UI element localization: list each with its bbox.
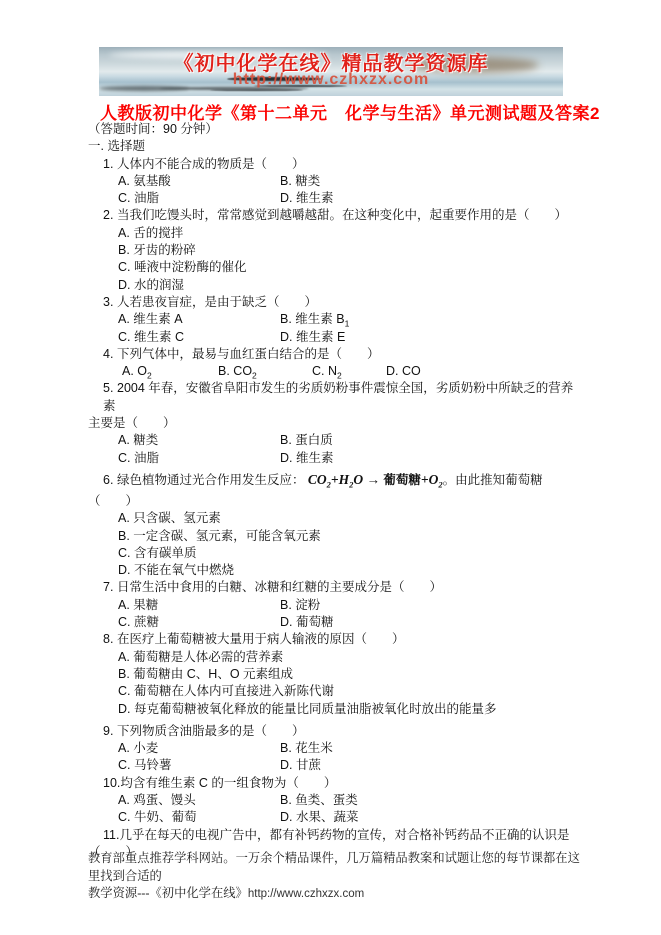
question-6-option-B: B. 一定含碳、氢元素，可能含氧元素 xyxy=(118,528,578,545)
question-2: 2. 当我们吃馒头时，常常感觉到越嚼越甜。在这种变化中，起重要作用的是（ ）A.… xyxy=(88,207,578,293)
question-stem-text: 绿色植物通过光合作用发生反应： CO2+H2O → 葡萄糖+O2。由此推知葡萄糖 xyxy=(117,473,543,487)
question-8-option-C: C. 葡萄糖在人体内可直接进入新陈代谢 xyxy=(118,683,578,700)
question-2-option-C: C. 唾液中淀粉酶的催化 xyxy=(118,259,578,276)
formula-part: +O2 xyxy=(421,472,443,487)
formula-part: 。由此推知葡萄糖 xyxy=(443,473,543,487)
option-text: N2 xyxy=(328,364,342,378)
option-label: C. xyxy=(118,451,134,465)
formula-part: → xyxy=(363,472,383,487)
question-7-options: A. 果糖B. 淀粉C. 蔗糖D. 葡萄糖 xyxy=(88,597,578,632)
option-label: C. xyxy=(118,810,134,824)
question-5-stem: 5. 2004 年春，安徽省阜阳市发生的劣质奶粉事件震惊全国，劣质奶粉中所缺乏的… xyxy=(88,380,578,415)
option-text: 鸡蛋、馒头 xyxy=(133,793,196,807)
option-label: B. xyxy=(280,312,295,326)
question-8-option-A: A. 葡萄糖是人体必需的营养素 xyxy=(118,649,578,666)
footer-site-url[interactable]: http://www.czhxzx.com xyxy=(248,888,364,900)
option-label: A. xyxy=(118,174,133,188)
option-label: A. xyxy=(118,598,133,612)
option-text: 葡萄糖在人体内可直接进入新陈代谢 xyxy=(134,684,334,698)
question-6: 6. 绿色植物通过光合作用发生反应： CO2+H2O → 葡萄糖+O2。由此推知… xyxy=(88,467,578,579)
questions-list: 1. 人体内不能合成的物质是（ ）A. 氨基酸B. 糖类C. 油脂D. 维生素2… xyxy=(88,156,578,862)
option-label: C. xyxy=(118,758,134,772)
option-label: C. xyxy=(312,364,328,378)
question-stem-text: 人体内不能合成的物质是（ ） xyxy=(117,157,305,171)
question-number: 10. xyxy=(103,775,120,792)
question-7: 7. 日常生活中食用的白糖、冰糖和红糖的主要成分是（ ）A. 果糖B. 淀粉C.… xyxy=(88,579,578,631)
question-2-option-B: B. 牙齿的粉碎 xyxy=(118,242,578,259)
question-10-option-C: C. 牛奶、葡萄 xyxy=(118,809,280,826)
option-text: 糖类 xyxy=(133,433,158,447)
question-5-option-A: A. 糖类 xyxy=(118,432,280,449)
question-5-option-D: D. 维生素 xyxy=(280,450,578,467)
option-label: C. xyxy=(118,615,134,629)
question-7-stem: 7. 日常生活中食用的白糖、冰糖和红糖的主要成分是（ ） xyxy=(88,579,578,596)
question-number: 6. xyxy=(103,468,117,493)
question-1-option-A: A. 氨基酸 xyxy=(118,173,280,190)
question-10-stem: 10. 均含有维生素 C 的一组食物为（ ） xyxy=(88,775,578,792)
question-8-stem: 8. 在医疗上葡萄糖被大量用于病人输液的原因（ ） xyxy=(88,631,578,648)
question-10: 10. 均含有维生素 C 的一组食物为（ ）A. 鸡蛋、馒头B. 鱼类、蛋类C.… xyxy=(88,775,578,827)
option-text: 水的润湿 xyxy=(134,278,184,292)
option-text: 唾液中淀粉酶的催化 xyxy=(134,260,247,274)
option-text: CO xyxy=(402,364,421,378)
option-label: D. xyxy=(280,191,296,205)
option-text: 淀粉 xyxy=(295,598,320,612)
question-1-option-C: C. 油脂 xyxy=(118,190,280,207)
question-8: 8. 在医疗上葡萄糖被大量用于病人输液的原因（ ）A. 葡萄糖是人体必需的营养素… xyxy=(88,631,578,717)
option-text: O2 xyxy=(137,364,151,378)
question-stem-text: 在医疗上葡萄糖被大量用于病人输液的原因（ ） xyxy=(117,632,405,646)
question-8-option-B: B. 葡萄糖由 C、H、O 元素组成 xyxy=(118,666,578,683)
time-note: （答题时间：90 分钟） xyxy=(88,121,578,138)
question-1-option-B: B. 糖类 xyxy=(280,173,578,190)
banner-site-url[interactable]: http://www.czhxzx.com xyxy=(99,71,563,89)
question-number: 11. xyxy=(103,827,119,844)
question-9-option-B: B. 花生米 xyxy=(280,740,578,757)
option-text: 小麦 xyxy=(133,741,158,755)
option-text: 蛋白质 xyxy=(295,433,333,447)
option-label: A. xyxy=(118,511,133,525)
question-number: 3. xyxy=(103,294,117,311)
option-text: 油脂 xyxy=(134,451,159,465)
question-number: 5. xyxy=(103,380,117,397)
question-3-stem: 3. 人若患夜盲症，是由于缺乏（ ） xyxy=(88,294,578,311)
option-label: D. xyxy=(280,810,296,824)
option-text: 果糖 xyxy=(133,598,158,612)
option-text: 维生素 xyxy=(296,451,334,465)
question-5-option-B: B. 蛋白质 xyxy=(280,432,578,449)
question-number: 7. xyxy=(103,579,117,596)
question-stem-text: 2004 年春，安徽省阜阳市发生的劣质奶粉事件震惊全国，劣质奶粉中所缺乏的营养素 xyxy=(103,381,573,412)
subscript: 2 xyxy=(327,480,331,490)
question-6-stem: 6. 绿色植物通过光合作用发生反应： CO2+H2O → 葡萄糖+O2。由此推知… xyxy=(88,467,578,493)
option-text: 鱼类、蛋类 xyxy=(295,793,358,807)
question-4-option-A: A. O2 xyxy=(122,363,218,380)
option-text: 葡萄糖是人体必需的营养素 xyxy=(133,650,283,664)
question-9-stem: 9. 下列物质含油脂最多的是（ ） xyxy=(88,723,578,740)
question-9: 9. 下列物质含油脂最多的是（ ）A. 小麦B. 花生米C. 马铃薯D. 甘蔗 xyxy=(88,723,578,775)
option-label: B. xyxy=(280,433,295,447)
option-label: D. xyxy=(280,615,296,629)
option-text: 牛奶、葡萄 xyxy=(134,810,197,824)
question-number: 8. xyxy=(103,631,117,648)
site-banner-image: 《初中化学在线》精品教学资源库 http://www.czhxzx.com xyxy=(99,47,563,96)
question-5-stem-continued: 主要是（ ） xyxy=(88,415,578,432)
question-9-options: A. 小麦B. 花生米C. 马铃薯D. 甘蔗 xyxy=(88,740,578,775)
question-stem-text: 下列气体中，最易与血红蛋白结合的是（ ） xyxy=(117,347,380,361)
option-label: A. xyxy=(118,433,133,447)
question-1-options: A. 氨基酸B. 糖类C. 油脂D. 维生素 xyxy=(88,173,578,208)
question-4: 4. 下列气体中，最易与血红蛋白结合的是（ ）A. O2B. CO2C. N2D… xyxy=(88,346,578,381)
question-1-option-D: D. 维生素 xyxy=(280,190,578,207)
question-stem-text: 人若患夜盲症，是由于缺乏（ ） xyxy=(117,295,317,309)
option-label: D. xyxy=(118,563,134,577)
option-text: 维生素 C xyxy=(134,330,184,344)
question-1: 1. 人体内不能合成的物质是（ ）A. 氨基酸B. 糖类C. 油脂D. 维生素 xyxy=(88,156,578,208)
option-label: B. xyxy=(118,243,133,257)
question-10-option-A: A. 鸡蛋、馒头 xyxy=(118,792,280,809)
option-text: 马铃薯 xyxy=(134,758,172,772)
option-text: 氨基酸 xyxy=(133,174,171,188)
option-text: CO2 xyxy=(233,364,256,378)
question-8-option-D: D. 每克葡萄糖被氧化释放的能量比同质量油脂被氧化时放出的能量多 xyxy=(118,701,578,718)
question-3-options: A. 维生素 AB. 维生素 B1C. 维生素 CD. 维生素 E xyxy=(88,311,578,346)
question-2-option-D: D. 水的润湿 xyxy=(118,277,578,294)
option-label: B. xyxy=(280,598,295,612)
test-document-page: 《初中化学在线》精品教学资源库 http://www.czhxzx.com 人教… xyxy=(0,0,661,935)
option-text: 维生素 E xyxy=(296,330,345,344)
question-3: 3. 人若患夜盲症，是由于缺乏（ ）A. 维生素 AB. 维生素 B1C. 维生… xyxy=(88,294,578,346)
question-9-option-D: D. 甘蔗 xyxy=(280,757,578,774)
question-5-options: A. 糖类B. 蛋白质C. 油脂D. 维生素 xyxy=(88,432,578,467)
option-text: 一定含碳、氢元素，可能含氧元素 xyxy=(133,529,321,543)
option-text: 维生素 xyxy=(296,191,334,205)
formula-part: 葡萄糖 xyxy=(383,473,421,487)
option-text: 蔗糖 xyxy=(134,615,159,629)
question-4-option-C: C. N2 xyxy=(312,363,386,380)
option-label: D. xyxy=(280,758,296,772)
question-5-option-C: C. 油脂 xyxy=(118,450,280,467)
footer-line2-text: 教学资源---《初中化学在线》 xyxy=(88,886,248,900)
question-5: 5. 2004 年春，安徽省阜阳市发生的劣质奶粉事件震惊全国，劣质奶粉中所缺乏的… xyxy=(88,380,578,466)
option-label: A. xyxy=(118,650,133,664)
question-6-options: A. 只含碳、氢元素B. 一定含碳、氢元素，可能含氧元素C. 含有碳单质D. 不… xyxy=(88,510,578,579)
option-label: C. xyxy=(118,191,134,205)
question-10-options: A. 鸡蛋、馒头B. 鱼类、蛋类C. 牛奶、葡萄D. 水果、蔬菜 xyxy=(88,792,578,827)
question-stem-text: 日常生活中食用的白糖、冰糖和红糖的主要成分是（ ） xyxy=(117,580,442,594)
question-6-stem-continued: （ ） xyxy=(88,493,578,510)
question-6-option-D: D. 不能在氧气中燃烧 xyxy=(118,562,578,579)
question-stem-text: 均含有维生素 C 的一组食物为（ ） xyxy=(120,776,336,790)
question-3-option-D: D. 维生素 E xyxy=(280,329,578,346)
question-6-option-A: A. 只含碳、氢元素 xyxy=(118,510,578,527)
option-label: D. xyxy=(280,451,296,465)
subscript: 2 xyxy=(147,371,152,381)
option-text: 葡萄糖由 C、H、O 元素组成 xyxy=(133,667,293,681)
option-text: 维生素 B1 xyxy=(295,312,349,326)
footer-line1: 教育部重点推荐学科网站。一万余个精品课件，几万篇精品教案和试题让您的每节课都在这… xyxy=(88,850,580,885)
question-3-option-C: C. 维生素 C xyxy=(118,329,280,346)
section-heading-choice: 一. 选择题 xyxy=(88,138,578,155)
option-text: 舌的搅拌 xyxy=(133,226,183,240)
question-9-option-C: C. 马铃薯 xyxy=(118,757,280,774)
question-9-option-A: A. 小麦 xyxy=(118,740,280,757)
question-3-option-B: B. 维生素 B1 xyxy=(280,311,578,328)
option-label: B. xyxy=(218,364,233,378)
option-text: 含有碳单质 xyxy=(134,546,197,560)
question-4-stem: 4. 下列气体中，最易与血红蛋白结合的是（ ） xyxy=(88,346,578,363)
question-3-option-A: A. 维生素 A xyxy=(118,311,280,328)
option-label: C. xyxy=(118,260,134,274)
footer-line2: 教学资源---《初中化学在线》http://www.czhxzx.com xyxy=(88,885,580,904)
question-7-option-B: B. 淀粉 xyxy=(280,597,578,614)
option-label: B. xyxy=(280,741,295,755)
option-label: A. xyxy=(122,364,137,378)
option-text: 甘蔗 xyxy=(296,758,321,772)
question-1-stem: 1. 人体内不能合成的物质是（ ） xyxy=(88,156,578,173)
option-label: D. xyxy=(118,702,134,716)
option-label: B. xyxy=(280,793,295,807)
option-text: 水果、蔬菜 xyxy=(296,810,359,824)
option-text: 不能在氧气中燃烧 xyxy=(134,563,234,577)
option-label: A. xyxy=(118,793,133,807)
page-footer: 教育部重点推荐学科网站。一万余个精品课件，几万篇精品教案和试题让您的每节课都在这… xyxy=(88,850,580,904)
question-4-option-D: D. CO xyxy=(386,363,578,380)
option-text: 只含碳、氢元素 xyxy=(133,511,221,525)
option-label: C. xyxy=(118,330,134,344)
question-4-options: A. O2B. CO2C. N2D. CO xyxy=(88,363,578,380)
formula-part: CO2+H2O xyxy=(305,472,364,487)
question-number: 4. xyxy=(103,346,117,363)
question-7-option-C: C. 蔗糖 xyxy=(118,614,280,631)
option-label: A. xyxy=(118,226,133,240)
subscript: 1 xyxy=(345,319,350,329)
option-text: 油脂 xyxy=(134,191,159,205)
option-text: 维生素 A xyxy=(133,312,182,326)
option-text: 糖类 xyxy=(295,174,320,188)
option-text: 牙齿的粉碎 xyxy=(133,243,196,257)
question-2-option-A: A. 舌的搅拌 xyxy=(118,225,578,242)
document-body: （答题时间：90 分钟） 一. 选择题 1. 人体内不能合成的物质是（ ）A. … xyxy=(88,121,578,861)
question-8-options: A. 葡萄糖是人体必需的营养素B. 葡萄糖由 C、H、O 元素组成C. 葡萄糖在… xyxy=(88,649,578,718)
question-7-option-D: D. 葡萄糖 xyxy=(280,614,578,631)
question-4-option-B: B. CO2 xyxy=(218,363,312,380)
option-text: 葡萄糖 xyxy=(296,615,334,629)
question-stem-text: 下列物质含油脂最多的是（ ） xyxy=(117,724,305,738)
question-number: 2. xyxy=(103,207,117,224)
question-11-stem: 11. 几乎在每天的电视广告中，都有补钙药物的宣传，对合格补钙药品不正确的认识是 xyxy=(88,827,578,844)
option-label: D. xyxy=(386,364,402,378)
option-label: D. xyxy=(118,278,134,292)
option-label: B. xyxy=(118,667,133,681)
formula-part: 绿色植物通过光合作用发生反应： xyxy=(117,473,305,487)
option-label: B. xyxy=(280,174,295,188)
question-number: 9. xyxy=(103,723,117,740)
option-label: A. xyxy=(118,741,133,755)
option-label: B. xyxy=(118,529,133,543)
option-label: D. xyxy=(280,330,296,344)
question-2-options: A. 舌的搅拌B. 牙齿的粉碎C. 唾液中淀粉酶的催化D. 水的润湿 xyxy=(88,225,578,294)
subscript: 2 xyxy=(337,371,342,381)
subscript: 2 xyxy=(349,480,353,490)
option-label: C. xyxy=(118,684,134,698)
question-stem-text: 几乎在每天的电视广告中，都有补钙药物的宣传，对合格补钙药品不正确的认识是 xyxy=(119,828,569,842)
option-label: A. xyxy=(118,312,133,326)
question-number: 1. xyxy=(103,156,117,173)
option-text: 每克葡萄糖被氧化释放的能量比同质量油脂被氧化时放出的能量多 xyxy=(134,702,497,716)
option-label: C. xyxy=(118,546,134,560)
question-10-option-D: D. 水果、蔬菜 xyxy=(280,809,578,826)
question-2-stem: 2. 当我们吃馒头时，常常感觉到越嚼越甜。在这种变化中，起重要作用的是（ ） xyxy=(88,207,578,224)
option-text: 花生米 xyxy=(295,741,333,755)
question-10-option-B: B. 鱼类、蛋类 xyxy=(280,792,578,809)
question-stem-text: 当我们吃馒头时，常常感觉到越嚼越甜。在这种变化中，起重要作用的是（ ） xyxy=(117,208,567,222)
question-6-option-C: C. 含有碳单质 xyxy=(118,545,578,562)
subscript: 2 xyxy=(252,371,257,381)
question-7-option-A: A. 果糖 xyxy=(118,597,280,614)
